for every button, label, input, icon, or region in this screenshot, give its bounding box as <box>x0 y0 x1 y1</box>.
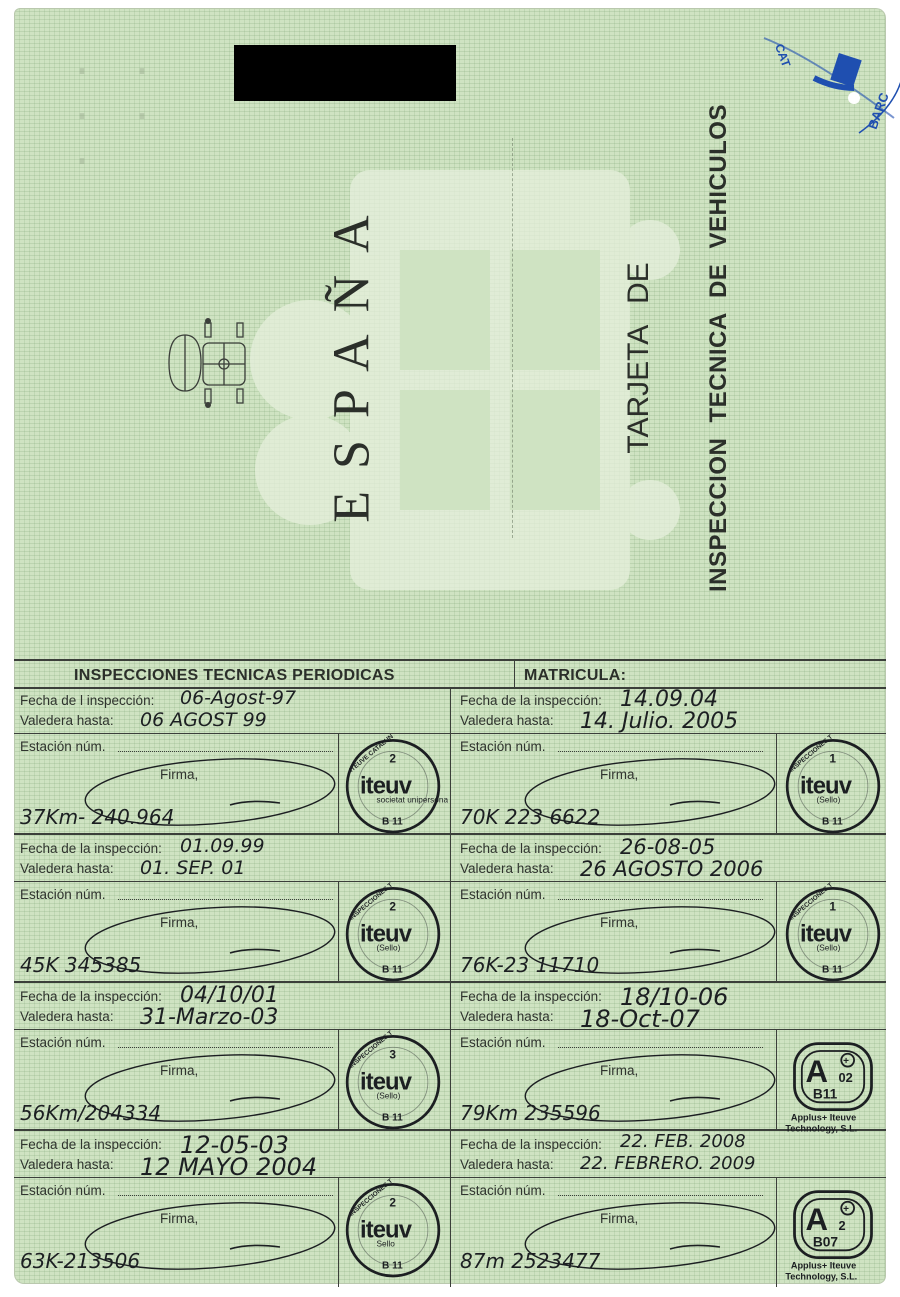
svg-text:Technology, S.L.: Technology, S.L. <box>785 1272 857 1282</box>
center-divider <box>450 687 451 1287</box>
table-top-border <box>14 659 886 661</box>
svg-text:Technology, S.L.: Technology, S.L. <box>785 1124 857 1134</box>
header-inspections: INSPECCIONES TECNICAS PERIODICAS <box>74 667 395 685</box>
svg-text:ITEUVE CATALUN: ITEUVE CATALUN <box>348 733 395 774</box>
label-fecha: Fecha de la inspección: <box>20 989 162 1004</box>
iteuve-round-stamp: 1 iteuv (Sello) B 11 INSPECCIONES T <box>778 733 888 843</box>
faint-serial-number: · · · · · <box>70 50 220 96</box>
svg-text:INSPECCIONES T: INSPECCIONES T <box>348 1030 394 1070</box>
svg-text:A: A <box>806 1202 829 1237</box>
card-title-line2: INSPECCION TECNICA DE VEHICULOS <box>699 128 739 568</box>
label-fecha: Fecha de la inspección: <box>460 989 602 1004</box>
redacted-block <box>234 45 456 101</box>
label-fecha: Fecha de la inspección: <box>460 841 602 856</box>
svg-text:+: + <box>843 1204 849 1215</box>
label-valedera: Valedera hasta: <box>20 1009 114 1024</box>
svg-text:B 11: B 11 <box>382 1261 403 1272</box>
handwritten-valedera: 14. Julio. 2005 <box>580 709 738 734</box>
svg-text:1: 1 <box>829 899 836 913</box>
handwritten-valedera: 01. SEP. 01 <box>140 857 245 879</box>
svg-text:Applus+ Iteuve: Applus+ Iteuve <box>791 1113 856 1123</box>
country-title: ESPAÑA <box>322 208 382 508</box>
svg-text:3: 3 <box>389 1047 396 1061</box>
label-fecha: Fecha de la inspección: <box>20 841 162 856</box>
svg-text:B 11: B 11 <box>382 1113 403 1124</box>
svg-text:B 11: B 11 <box>382 965 403 976</box>
signature-scribble <box>520 747 780 837</box>
label-fecha: Fecha de la inspección: <box>460 693 602 708</box>
svg-text:2: 2 <box>389 899 396 913</box>
label-valedera: Valedera hasta: <box>20 1157 114 1172</box>
applus-itv-stamp: A + 2 B07 Applus+ Iteuve Technology, S.L… <box>778 1177 888 1287</box>
handwritten-valedera: 06 AGOST 99 <box>140 709 267 731</box>
label-fecha: Fecha de la inspección: <box>460 1137 602 1152</box>
signature-scribble <box>520 1191 780 1281</box>
svg-text:(Sello): (Sello) <box>377 944 401 953</box>
svg-text:(Sello): (Sello) <box>377 1092 401 1101</box>
signature-scribble <box>80 747 340 837</box>
label-valedera: Valedera hasta: <box>460 861 554 876</box>
svg-text:INSPECCIONES T: INSPECCIONES T <box>348 1178 394 1218</box>
svg-text:INSPECCIONES T: INSPECCIONES T <box>348 882 394 922</box>
handwritten-fecha: 26-08-05 <box>620 835 715 859</box>
svg-text:1: 1 <box>829 751 836 765</box>
signature-scribble <box>520 895 780 985</box>
header-matricula: MATRICULA: <box>524 667 626 685</box>
svg-text:A: A <box>806 1054 829 1089</box>
handwritten-valedera: 26 AGOSTO 2006 <box>580 857 763 881</box>
svg-text:Sello: Sello <box>377 1240 396 1249</box>
signature-scribble <box>80 1191 340 1281</box>
label-valedera: Valedera hasta: <box>20 861 114 876</box>
svg-text:B 11: B 11 <box>822 817 843 828</box>
svg-text:B07: B07 <box>813 1235 839 1250</box>
label-fecha: Fecha de l inspección: <box>20 693 154 708</box>
label-valedera: Valedera hasta: <box>460 1157 554 1172</box>
svg-text:(Sello): (Sello) <box>817 796 841 805</box>
signature-scribble <box>520 1043 780 1133</box>
svg-text:(Sello): (Sello) <box>817 944 841 953</box>
svg-text:B11: B11 <box>813 1087 838 1102</box>
iteuve-round-stamp: 2 iteuv societat unipersonal B 11 ITEUVE… <box>338 733 448 843</box>
svg-text:INSPECCIONES T: INSPECCIONES T <box>788 734 834 774</box>
svg-text:+: + <box>843 1056 849 1067</box>
row2-mid <box>14 881 886 882</box>
label-fecha: Fecha de la inspección: <box>20 1137 162 1152</box>
svg-text:2: 2 <box>839 1218 846 1233</box>
svg-text:2: 2 <box>389 751 396 765</box>
label-valedera: Valedera hasta: <box>20 713 114 728</box>
blue-stamp-text-cat: CAT <box>772 42 794 70</box>
handwritten-fecha: 06-Agost-97 <box>180 687 296 709</box>
iteuve-round-stamp: 2 iteuv (Sello) B 11 INSPECCIONES T <box>338 881 448 991</box>
svg-text:societat unipersonal: societat unipersonal <box>377 796 449 805</box>
iteuve-round-stamp: 1 iteuv (Sello) B 11 INSPECCIONES T <box>778 881 888 991</box>
spain-coat-of-arms-icon <box>159 313 259 413</box>
iteuve-round-stamp: 3 iteuv (Sello) B 11 INSPECCIONES T <box>338 1029 448 1139</box>
iteuve-round-stamp: 2 iteuv Sello B 11 INSPECCIONES T <box>338 1177 448 1287</box>
label-valedera: Valedera hasta: <box>460 713 554 728</box>
svg-text:Applus+ Iteuve: Applus+ Iteuve <box>791 1261 856 1271</box>
row1-mid <box>14 733 886 734</box>
handwritten-valedera: 31-Marzo-03 <box>140 1005 278 1030</box>
fold-line <box>512 138 513 538</box>
handwritten-valedera: 22. FEBRERO. 2009 <box>580 1153 756 1174</box>
label-valedera: Valedera hasta: <box>460 1009 554 1024</box>
svg-text:B 11: B 11 <box>382 817 403 828</box>
handwritten-valedera: 18-Oct-07 <box>580 1005 700 1033</box>
svg-text:B 11: B 11 <box>822 965 843 976</box>
handwritten-valedera: 12 MAYO 2004 <box>140 1153 317 1181</box>
applus-itv-stamp: A + 02 B11 Applus+ Iteuve Technology, S.… <box>778 1029 888 1139</box>
signature-scribble <box>80 1043 340 1133</box>
svg-text:02: 02 <box>839 1070 853 1085</box>
signature-scribble <box>80 895 340 985</box>
header-divider <box>514 659 515 687</box>
svg-text:INSPECCIONES T: INSPECCIONES T <box>788 882 834 922</box>
card-title-line1: TARJETA DE <box>619 248 659 468</box>
handwritten-fecha: 01.09.99 <box>180 835 265 857</box>
handwritten-fecha: 22. FEB. 2008 <box>620 1131 746 1152</box>
blue-stamp-corner: CAT BARC <box>754 18 900 138</box>
svg-text:2: 2 <box>389 1195 396 1209</box>
inspection-table: INSPECCIONES TECNICAS PERIODICAS MATRICU… <box>14 655 886 1285</box>
